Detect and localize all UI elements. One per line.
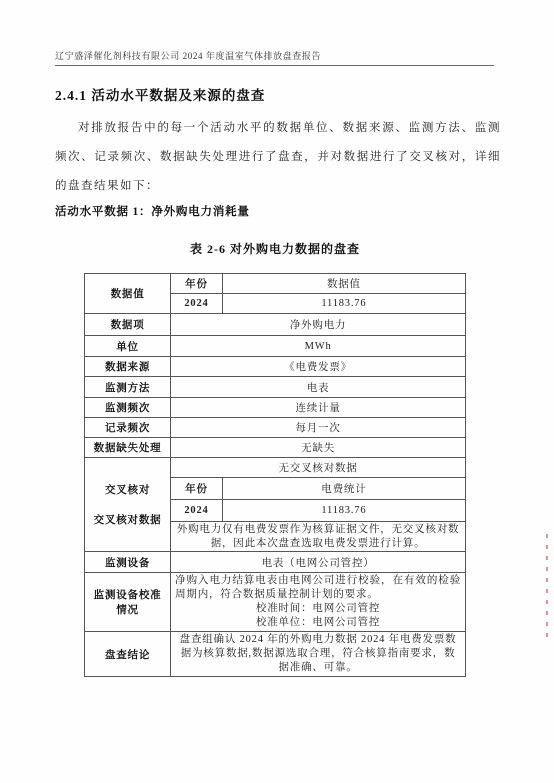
cell-cross-source-header: 电费统计 [222,478,465,500]
row-label-monitor-device: 监测设备 [85,552,171,573]
cross-check-label-line2: 交叉核对数据 [94,512,162,527]
cell-year: 2024 [171,294,223,314]
header-rule [55,65,494,66]
document-page: 辽宁盛泽催化剂科技有限公司 2024 年度温室气体排放盘查报告 2.4.1 活动… [0,0,554,783]
row-label-missing-data: 数据缺失处理 [85,438,171,458]
table-caption: 表 2-6 对外购电力数据的盘查 [84,240,466,257]
cell-data-value: 11183.76 [222,294,465,314]
cell-cross-value: 11183.76 [222,500,465,522]
table-row: 记录频次 每月一次 [85,418,466,438]
cell-missing-data: 无缺失 [171,438,466,458]
row-label-record-frequency: 记录频次 [85,418,171,438]
cell-cross-year-header: 年份 [171,478,223,500]
table-row: 数据值 年份 数据值 [85,274,466,294]
table-row: 监测频次 连续计量 [85,398,466,418]
table-row: 数据项 净外购电力 [85,314,466,336]
table-row: 交叉核对 交叉核对数据 无交叉核对数据 [85,458,466,478]
section-heading: 2.4.1 活动水平数据及来源的盘查 [55,84,265,104]
report-header: 辽宁盛泽催化剂科技有限公司 2024 年度温室气体排放盘查报告 [55,49,321,62]
row-label-cross-check: 交叉核对 交叉核对数据 [85,458,171,552]
cell-record-frequency: 每月一次 [171,418,466,438]
intro-paragraph: 对排放报告中的每一个活动水平的数据单位、数据来源、监测方法、监测频次、记录频次、… [55,114,501,201]
table-row: 数据来源 《电费发票》 [85,357,466,377]
row-label-data-value: 数据值 [85,274,171,314]
row-label-data-source: 数据来源 [85,357,171,377]
row-label-calibration: 监测设备校准情况 [85,573,171,632]
row-label-monitor-method: 监测方法 [85,377,171,398]
cross-check-label-line1: 交叉核对 [105,482,150,497]
activity-data-label: 活动水平数据 1：净外购电力消耗量 [55,203,250,219]
cell-no-cross-check: 无交叉核对数据 [171,458,466,478]
calibration-line2: 校准时间：电网公司管控 [175,602,461,616]
row-label-conclusion: 盘查结论 [85,632,171,677]
row-label-monitor-frequency: 监测频次 [85,398,171,418]
table-row: 数据缺失处理 无缺失 [85,438,466,458]
row-label-unit: 单位 [85,336,171,357]
cell-unit: MWh [171,336,466,357]
cell-monitor-method: 电表 [171,377,466,398]
audit-table: 数据值 年份 数据值 2024 11183.76 数据项 净外购电力 单位 MW… [84,273,466,677]
table-row: 监测设备 电表（电网公司管控） [85,552,466,573]
cell-monitor-device: 电表（电网公司管控） [171,552,466,573]
calibration-line3: 校准单位：电网公司管控 [175,616,461,630]
calibration-line1: 净购入电力结算电表由电网公司进行校验，在有效的检验周期内，符合数据质量控制计划的… [175,574,461,602]
table-row: 监测方法 电表 [85,377,466,398]
table-row: 监测设备校准情况 净购入电力结算电表由电网公司进行校验，在有效的检验周期内，符合… [85,573,466,632]
cell-monitor-frequency: 连续计量 [171,398,466,418]
cell-data-source: 《电费发票》 [171,357,466,377]
cell-data-item: 净外购电力 [171,314,466,336]
cell-conclusion: 盘查组确认 2024 年的外购电力数据 2024 年电费发票数据为核算数据,数据… [171,632,466,677]
row-label-data-item: 数据项 [85,314,171,336]
scan-artifact-marks [546,534,548,640]
cell-cross-check-note: 外购电力仅有电费发票作为核算证据文件，无交叉核对数据，因此本次盘查选取电费发票进… [171,522,466,552]
cell-calibration: 净购入电力结算电表由电网公司进行校验，在有效的检验周期内，符合数据质量控制计划的… [171,573,466,632]
cell-year-header: 年份 [171,274,223,294]
table-row: 单位 MWh [85,336,466,357]
table-row: 盘查结论 盘查组确认 2024 年的外购电力数据 2024 年电费发票数据为核算… [85,632,466,677]
cell-cross-year: 2024 [171,500,223,522]
cell-value-header: 数据值 [222,274,465,294]
